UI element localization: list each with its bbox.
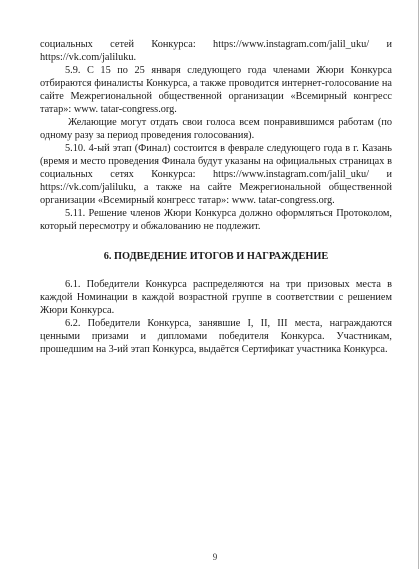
page-number: 9 — [0, 552, 420, 562]
section-6-heading: 6. ПОДВЕДЕНИЕ ИТОГОВ И НАГРАЖДЕНИЕ — [40, 250, 392, 263]
paragraph-voting: Желающие могут отдать свои голоса всем п… — [40, 116, 392, 142]
document-body: социальных сетей Конкурса: https://www.i… — [40, 38, 392, 356]
paragraph-6-2: 6.2. Победители Конкурса, занявшие I, II… — [40, 317, 392, 356]
paragraph-5-9: 5.9. С 15 по 25 января следующего года ч… — [40, 64, 392, 116]
page-edge — [418, 0, 419, 569]
paragraph-continuation: социальных сетей Конкурса: https://www.i… — [40, 38, 392, 64]
paragraph-5-10: 5.10. 4-ый этап (Финал) состоится в февр… — [40, 142, 392, 207]
paragraph-6-1: 6.1. Победители Конкурса распределяются … — [40, 278, 392, 317]
paragraph-5-11: 5.11. Решение членов Жюри Конкурса должн… — [40, 207, 392, 233]
